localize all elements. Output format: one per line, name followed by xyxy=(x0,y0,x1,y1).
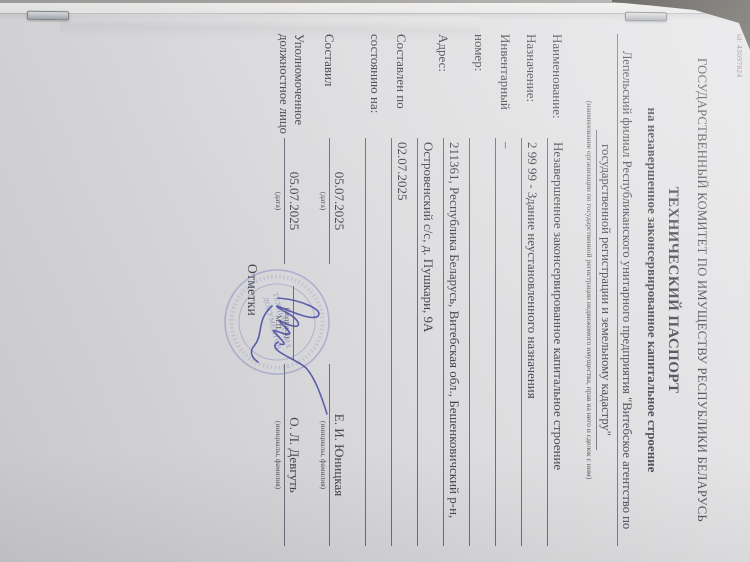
official-date-value: 05.07.2025 xyxy=(284,138,302,264)
field-row-asof-2: состоянию на: xyxy=(365,34,391,546)
field-value-asof-date: 02.07.2025 xyxy=(391,138,410,546)
field-value-name: Незавершенное законсервированное капитал… xyxy=(547,138,566,546)
organization-name-line1: Лепельский филиал Республиканского унита… xyxy=(617,34,634,546)
field-row-name: Наименование: Незавершенное законсервиро… xyxy=(547,34,573,546)
field-value-asof-blank xyxy=(365,138,384,546)
field-label-inventory-line2: номер: xyxy=(469,34,487,138)
field-label-address: Адрес: xyxy=(435,34,451,138)
official-date-column: 05.07.2025 (дата) xyxy=(274,138,302,264)
staple-left xyxy=(27,11,69,20)
document-id-note: id: 43097824 xyxy=(735,34,744,546)
field-value-inventory-blank xyxy=(469,138,488,546)
field-label-purpose: Назначение: xyxy=(521,34,539,138)
field-label-inventory-line1: Инвентарный xyxy=(495,34,513,138)
field-value-inventory: – xyxy=(495,138,514,546)
photo-frame: id: 43097824 ГОСУДАРСТВЕННЫЙ КОМИТЕТ ПО … xyxy=(0,0,750,562)
organization-name-line2-wrap: государственной регистрации и земельному… xyxy=(596,34,615,546)
photo-background-edge xyxy=(0,0,645,3)
field-row-purpose: Назначение: 2 99 99 - Здание неустановле… xyxy=(521,34,547,546)
organization-name-line2: государственной регистрации и земельному… xyxy=(596,130,613,450)
compiled-by-label: Составил xyxy=(319,34,337,138)
organization-caption: (наименование организации по государстве… xyxy=(585,34,594,546)
staple-right xyxy=(625,12,667,21)
official-label-line1: Уполномоченное xyxy=(291,34,306,138)
field-row-address: Адрес: 211361, Республика Беларусь, Вите… xyxy=(417,34,469,546)
date-caption: (дата) xyxy=(319,138,328,264)
official-label-line2: должностное лицо xyxy=(276,34,291,138)
field-label-asof-line1: Составлен по xyxy=(391,34,409,138)
compiled-date-column: 05.07.2025 (дата) xyxy=(319,138,347,264)
field-row-inventory-1: Инвентарный – xyxy=(495,34,521,546)
passport-subtitle: на незавершенное законсервированное капи… xyxy=(644,34,660,546)
official-label: Уполномоченное должностное лицо xyxy=(274,34,306,138)
field-label-name: Наименование: xyxy=(547,34,565,138)
compiled-date-value: 05.07.2025 xyxy=(329,138,347,264)
field-row-asof-1: Составлен по 02.07.2025 xyxy=(391,34,417,546)
passport-title: ТЕХНИЧЕСКИЙ ПАСПОРТ xyxy=(664,34,681,546)
document-page: id: 43097824 ГОСУДАРСТВЕННЫЙ КОМИТЕТ ПО … xyxy=(0,0,750,562)
field-label-asof-line2: состоянию на: xyxy=(365,34,383,138)
field-value-address-line2: Островенский с/с, д. Пушкари, 9А xyxy=(417,138,436,546)
handwritten-signature xyxy=(239,276,344,426)
fields-block: Наименование: Незавершенное законсервиро… xyxy=(365,34,573,546)
field-row-inventory-2: номер: xyxy=(469,34,495,546)
field-value-purpose: 2 99 99 - Здание неустановленного назнач… xyxy=(521,138,540,546)
field-value-address-line1: 211361, Республика Беларусь, Витебская о… xyxy=(443,138,462,546)
committee-heading: ГОСУДАРСТВЕННЫЙ КОМИТЕТ ПО ИМУЩЕСТВУ РЕС… xyxy=(694,34,709,546)
date-caption: (дата) xyxy=(274,138,283,264)
